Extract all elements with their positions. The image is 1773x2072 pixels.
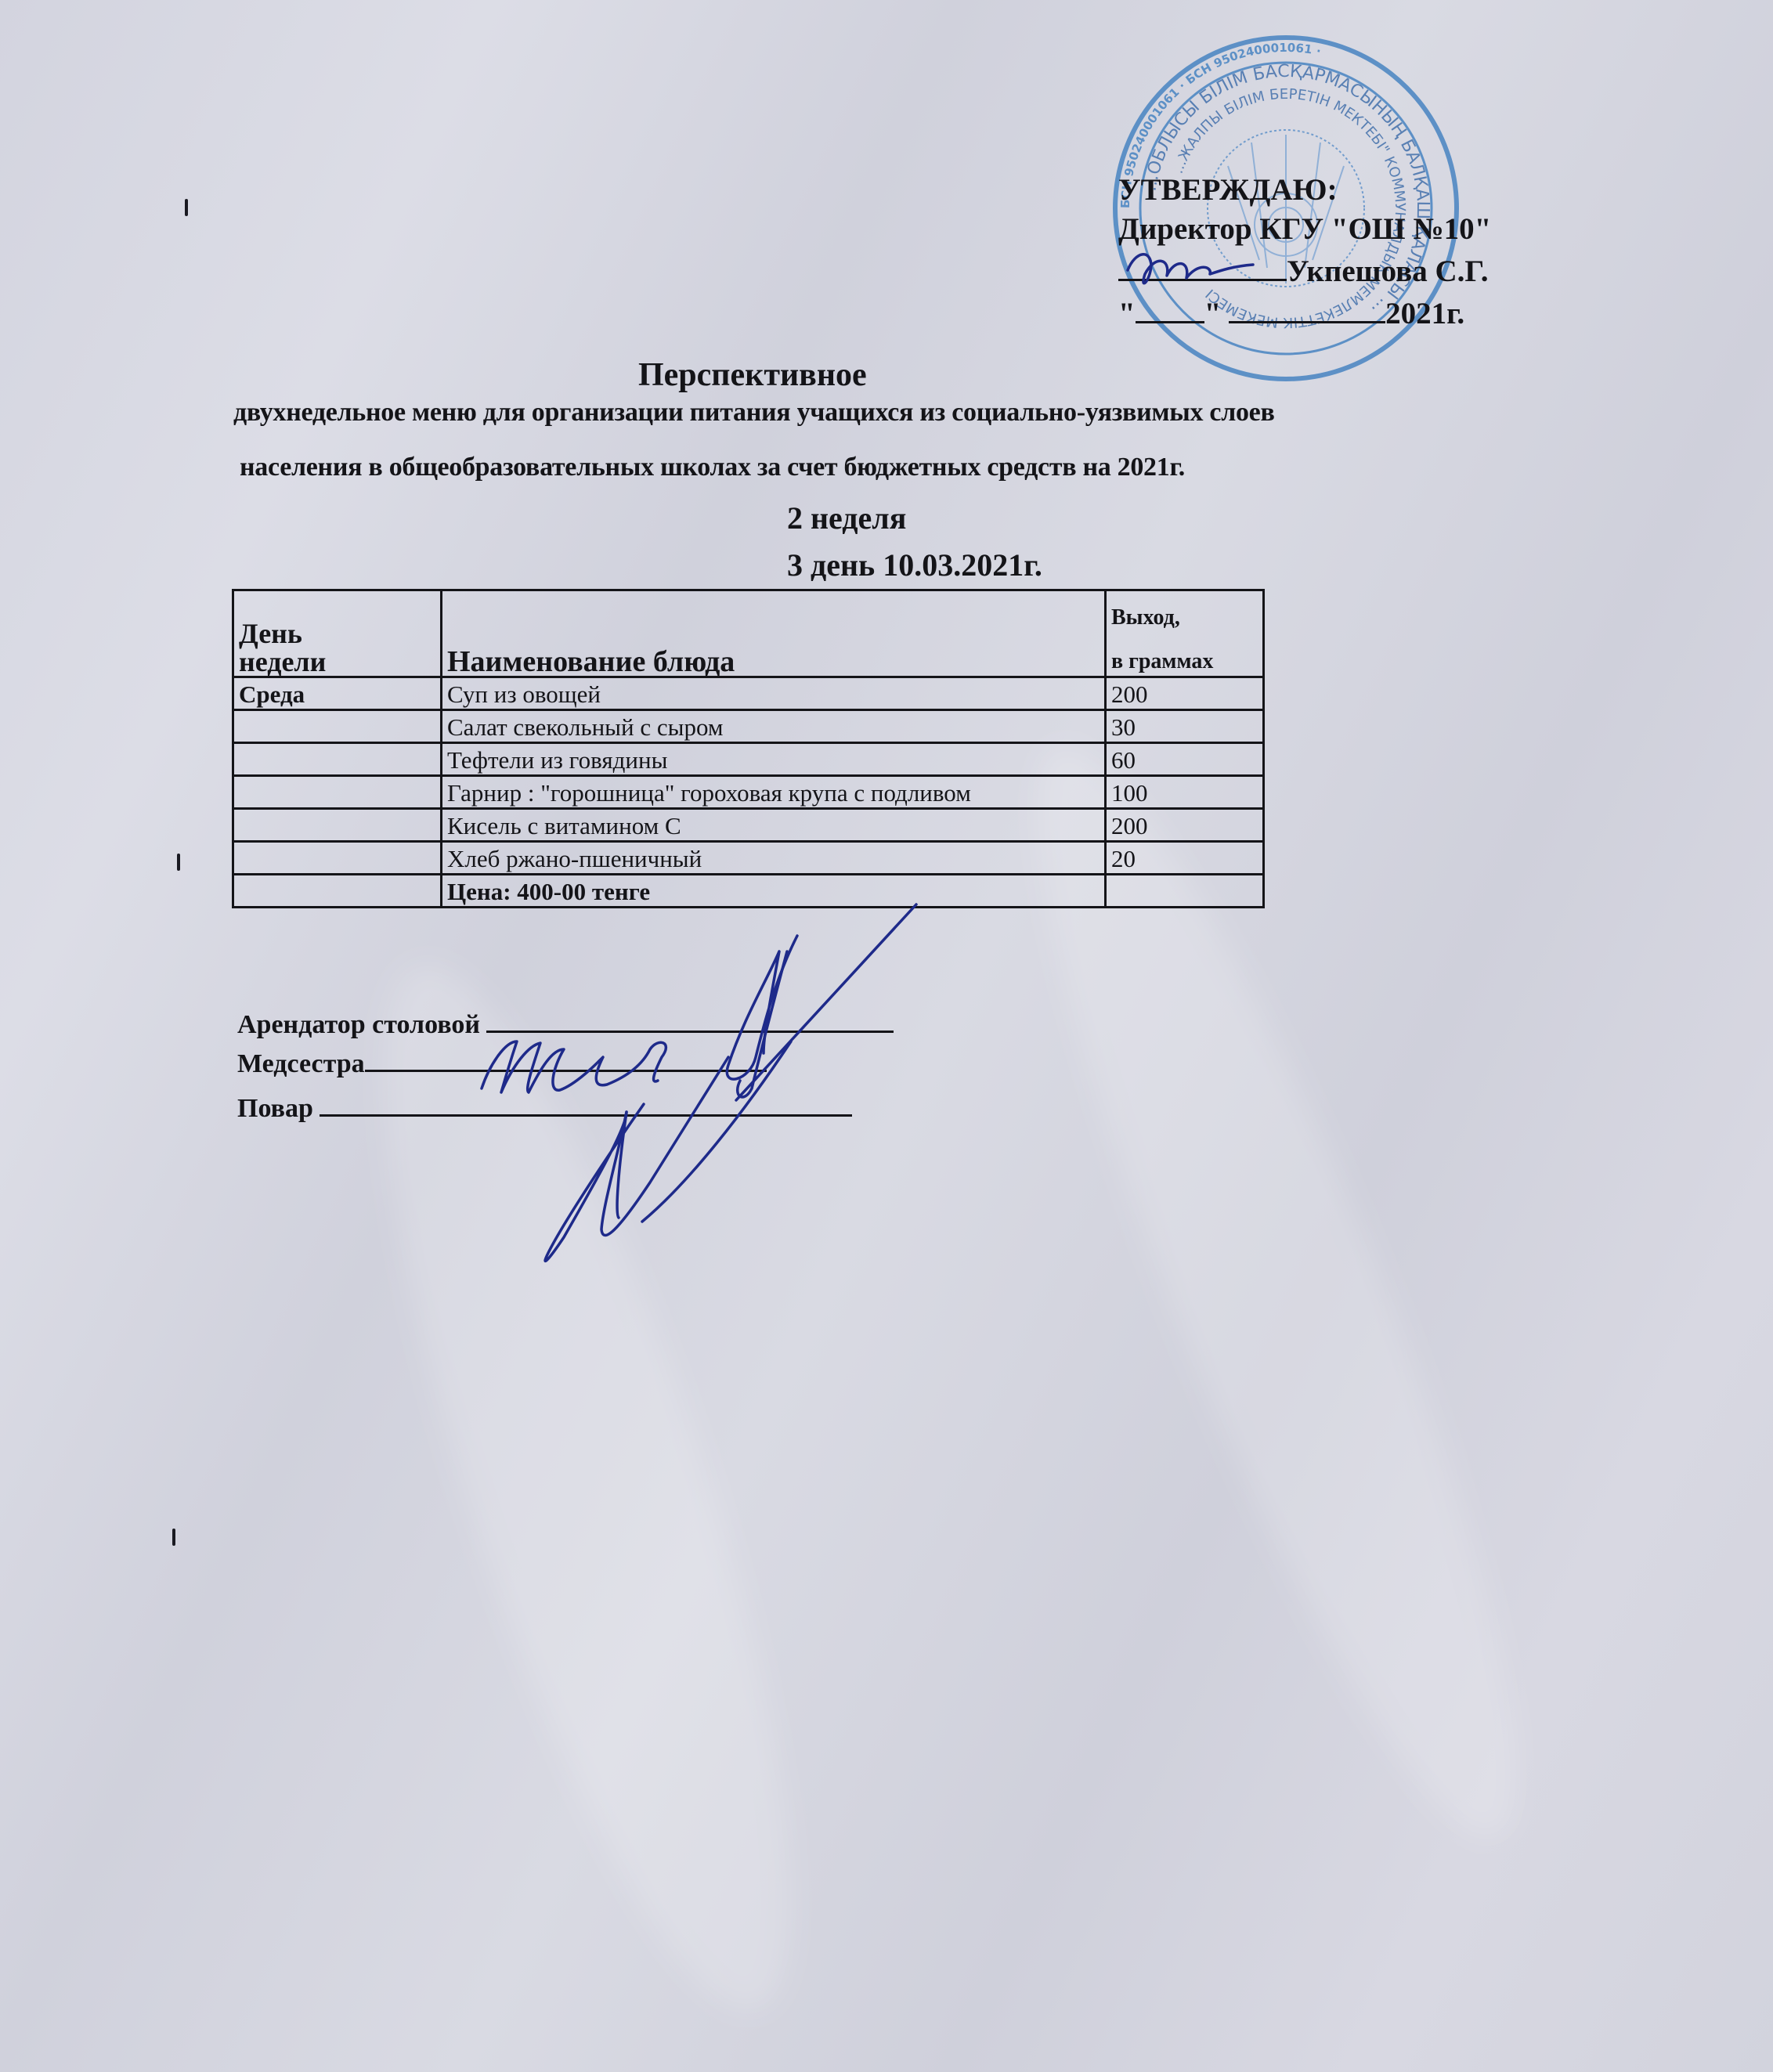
header-yield-grams: Выход,в граммах xyxy=(1106,590,1264,677)
date-year: 2021г. xyxy=(1385,297,1464,330)
signature-cook: Повар xyxy=(237,1091,852,1124)
row-dish: Хлеб ржано-пшеничный xyxy=(442,842,1106,875)
approval-heading: УТВЕРЖДАЮ: xyxy=(1118,171,1491,210)
price-row-empty xyxy=(233,875,442,908)
row-day xyxy=(233,809,442,842)
director-signature-line xyxy=(1118,249,1287,281)
row-grams: 60 xyxy=(1106,743,1264,776)
table-row: Гарнир : "горошница" гороховая крупа с п… xyxy=(233,776,1264,809)
document-subtitle-2: населения в общеобразовательных школах з… xyxy=(240,453,1185,482)
row-day xyxy=(233,776,442,809)
row-grams: 30 xyxy=(1106,710,1264,743)
row-dish: Тефтели из говядины xyxy=(442,743,1106,776)
row-dish: Суп из овощей xyxy=(442,677,1106,710)
approval-name-line: Укпешова С.Г. xyxy=(1118,249,1491,291)
menu-table: Деньнедели Наименование блюда Выход,в гр… xyxy=(232,589,1265,908)
row-day xyxy=(233,842,442,875)
date-quote-close: " xyxy=(1204,297,1222,330)
price-row-empty xyxy=(1106,875,1264,908)
approval-date-line: "" 2021г. xyxy=(1118,291,1491,334)
row-day xyxy=(233,743,442,776)
signature-nurse-label: Медсестра xyxy=(237,1049,365,1078)
approval-director: Директор КГУ "ОШ №10" xyxy=(1118,210,1491,249)
header-dish-name: Наименование блюда xyxy=(442,590,1106,677)
signature-tenant: Арендатор столовой xyxy=(237,1007,894,1040)
row-grams: 200 xyxy=(1106,809,1264,842)
table-row: Тефтели из говядины 60 xyxy=(233,743,1264,776)
row-dish: Кисель с витамином С xyxy=(442,809,1106,842)
director-name: Укпешова С.Г. xyxy=(1287,254,1489,288)
week-label: 2 неделя xyxy=(787,500,906,536)
punch-mark xyxy=(172,1529,175,1546)
signature-nurse-line xyxy=(365,1046,767,1072)
row-dish: Гарнир : "горошница" гороховая крупа с п… xyxy=(442,776,1106,809)
row-dish: Салат свекольный с сыром xyxy=(442,710,1106,743)
table-row: Салат свекольный с сыром 30 xyxy=(233,710,1264,743)
document-title: Перспективное xyxy=(638,356,867,394)
date-day-blank xyxy=(1136,291,1204,323)
signature-tenant-label: Арендатор столовой xyxy=(237,1010,480,1039)
date-quote-open: " xyxy=(1118,297,1136,330)
signature-nurse: Медсестра xyxy=(237,1046,767,1079)
date-month-blank xyxy=(1229,291,1385,323)
punch-mark xyxy=(177,854,180,871)
document-subtitle-1: двухнедельное меню для организации питан… xyxy=(233,398,1275,428)
day-label: 3 день 10.03.2021г. xyxy=(787,547,1042,583)
table-row: Хлеб ржано-пшеничный 20 xyxy=(233,842,1264,875)
signature-tenant-line xyxy=(486,1007,894,1033)
table-header-row: Деньнедели Наименование блюда Выход,в гр… xyxy=(233,590,1264,677)
price-label: Цена: 400-00 тенге xyxy=(442,875,1106,908)
table-price-row: Цена: 400-00 тенге xyxy=(233,875,1264,908)
signature-cook-line xyxy=(320,1091,852,1117)
table-row: Среда Суп из овощей 200 xyxy=(233,677,1264,710)
row-grams: 200 xyxy=(1106,677,1264,710)
row-grams: 20 xyxy=(1106,842,1264,875)
row-day: Среда xyxy=(233,677,442,710)
row-day xyxy=(233,710,442,743)
punch-mark xyxy=(185,199,188,216)
table-row: Кисель с витамином С 200 xyxy=(233,809,1264,842)
approval-block: УТВЕРЖДАЮ: Директор КГУ "ОШ №10" Укпешов… xyxy=(1118,171,1491,334)
header-day-of-week: Деньнедели xyxy=(233,590,442,677)
row-grams: 100 xyxy=(1106,776,1264,809)
signature-cook-label: Повар xyxy=(237,1094,313,1123)
